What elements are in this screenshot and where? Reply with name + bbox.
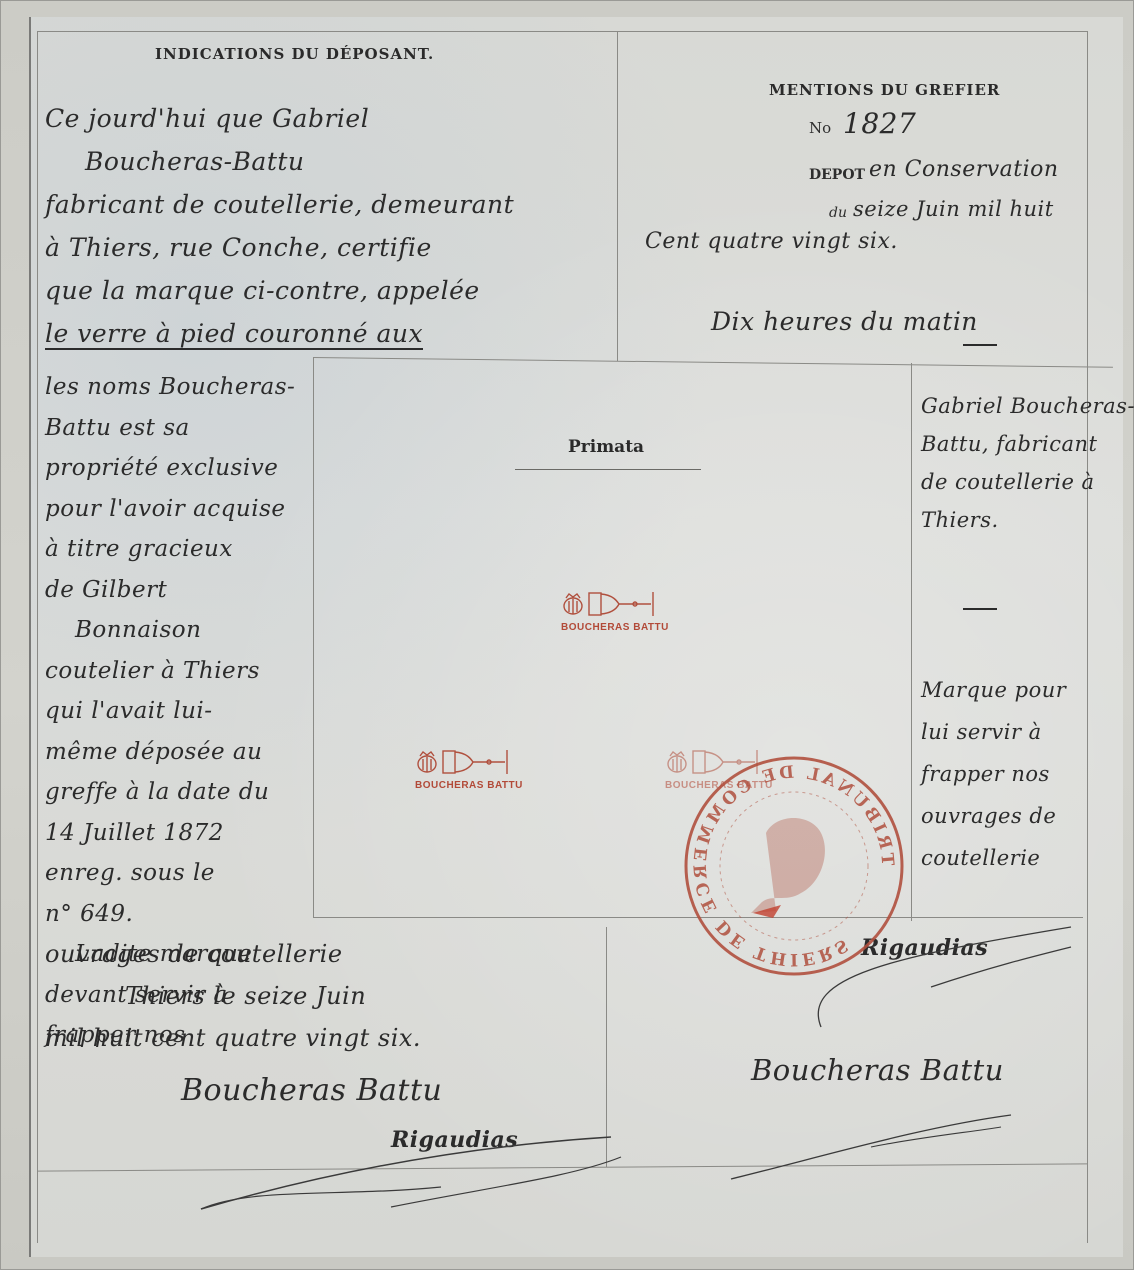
trademark-stamp-top: BOUCHERAS BATTU <box>561 589 669 633</box>
declaration-line: Boucheras-Battu <box>45 140 514 183</box>
declaration-line: greffe à la date du <box>45 772 295 813</box>
description-line: Battu, fabricant <box>921 425 1134 463</box>
mark-title: Primata <box>568 437 644 457</box>
depositor-declaration-top: Ce jourd'hui que Gabriel Boucheras-Battu… <box>45 97 514 355</box>
top-border-line <box>37 31 1087 32</box>
depositor-signature-right: Boucheras Battu <box>751 1053 1004 1087</box>
mark-label: BOUCHERAS BATTU <box>415 780 523 791</box>
depositor-heading: INDICATIONS DU DÉPOSANT. <box>155 45 434 63</box>
purpose-description: Marque pour lui servir à frapper nos ouv… <box>921 669 1066 879</box>
center-box-top-edge <box>313 357 1113 368</box>
depot-label: DEPOT <box>809 167 865 183</box>
signature-flourish-right-bottom <box>721 1107 1021 1187</box>
declaration-line: pour l'avoir acquise <box>45 489 295 530</box>
description-line: Thiers. <box>921 501 1134 539</box>
left-margin-line <box>37 31 38 1243</box>
declaration-line: même déposée au <box>45 732 295 773</box>
crowned-goblet-icon <box>415 747 519 777</box>
date-printed-label: du <box>829 205 847 221</box>
depositor-description: Gabriel Boucheras- Battu, fabricant de c… <box>921 387 1134 539</box>
center-box-right-edge <box>911 363 912 921</box>
purpose-line: coutellerie <box>921 837 1066 879</box>
time-handwritten: Dix heures du matin <box>711 307 978 336</box>
tribunal-seal-icon: TRIBUNAL DE COMMERCE DE THIERS <box>681 753 907 979</box>
declaration-line: enreg. sous le <box>45 853 295 894</box>
clerk-heading: MENTIONS DU GREFIER <box>769 81 1000 99</box>
right-border-line <box>1087 31 1088 1243</box>
declaration-line: à titre gracieux <box>45 529 295 570</box>
purpose-line: lui servir à <box>921 711 1066 753</box>
date-handwritten: seize Juin mil huit <box>853 197 1054 221</box>
crowned-goblet-icon <box>561 589 665 619</box>
depositor-signature-left: Boucheras Battu <box>181 1073 442 1108</box>
date-handwritten-line-2: Cent quatre vingt six. <box>645 229 898 254</box>
declaration-line: n° 649. <box>45 894 295 935</box>
declaration-underlined-text: le verre à pied couronné aux <box>45 319 423 350</box>
description-line: Gabriel Boucheras- <box>921 387 1134 425</box>
declaration-line: 14 Juillet 1872 <box>45 813 295 854</box>
description-line: de coutellerie à <box>921 463 1134 501</box>
separator-dash <box>963 344 997 346</box>
declaration-line: le verre à pied couronné aux <box>45 312 514 355</box>
column-divider-top <box>617 31 618 361</box>
signature-flourish-left <box>191 1117 631 1217</box>
separator-dash <box>963 608 997 610</box>
declaration-line: Battu est sa <box>45 408 295 449</box>
declaration-line: ouvrages de coutellerie <box>45 933 421 975</box>
declaration-line: à Thiers, rue Conche, certifie <box>45 226 514 269</box>
mark-label: BOUCHERAS BATTU <box>561 622 669 633</box>
declaration-line: les noms Boucheras- <box>45 367 295 408</box>
depot-handwritten: en Conservation <box>869 157 1059 182</box>
declaration-line: propriété exclusive <box>45 448 295 489</box>
purpose-line: frapper nos <box>921 753 1066 795</box>
declaration-line: mil huit cent quatre vingt six. <box>45 1017 421 1059</box>
declaration-line: que la marque ci-contre, appelée <box>45 269 514 312</box>
center-box-left-edge <box>313 357 314 917</box>
title-underline <box>515 469 701 470</box>
purpose-line: Marque pour <box>921 669 1066 711</box>
deposit-number: 1827 <box>843 107 916 140</box>
declaration-line: fabricant de coutellerie, demeurant <box>45 183 514 226</box>
number-label: No <box>809 119 831 137</box>
depositor-declaration-bottom: ouvrages de coutellerie Thiers le seize … <box>45 933 421 1059</box>
declaration-line: Thiers le seize Juin <box>45 975 421 1017</box>
declaration-line: Ce jourd'hui que Gabriel <box>45 97 514 140</box>
declaration-line: qui l'avait lui- <box>45 691 295 732</box>
declaration-line: de Gilbert <box>45 570 295 611</box>
purpose-line: ouvrages de <box>921 795 1066 837</box>
declaration-line: Bonnaison <box>45 610 295 651</box>
register-sheet: INDICATIONS DU DÉPOSANT. MENTIONS DU GRE… <box>29 17 1123 1257</box>
document-photo: INDICATIONS DU DÉPOSANT. MENTIONS DU GRE… <box>0 0 1134 1270</box>
declaration-line: coutelier à Thiers <box>45 651 295 692</box>
trademark-stamp-bottom-left: BOUCHERAS BATTU <box>415 747 523 791</box>
